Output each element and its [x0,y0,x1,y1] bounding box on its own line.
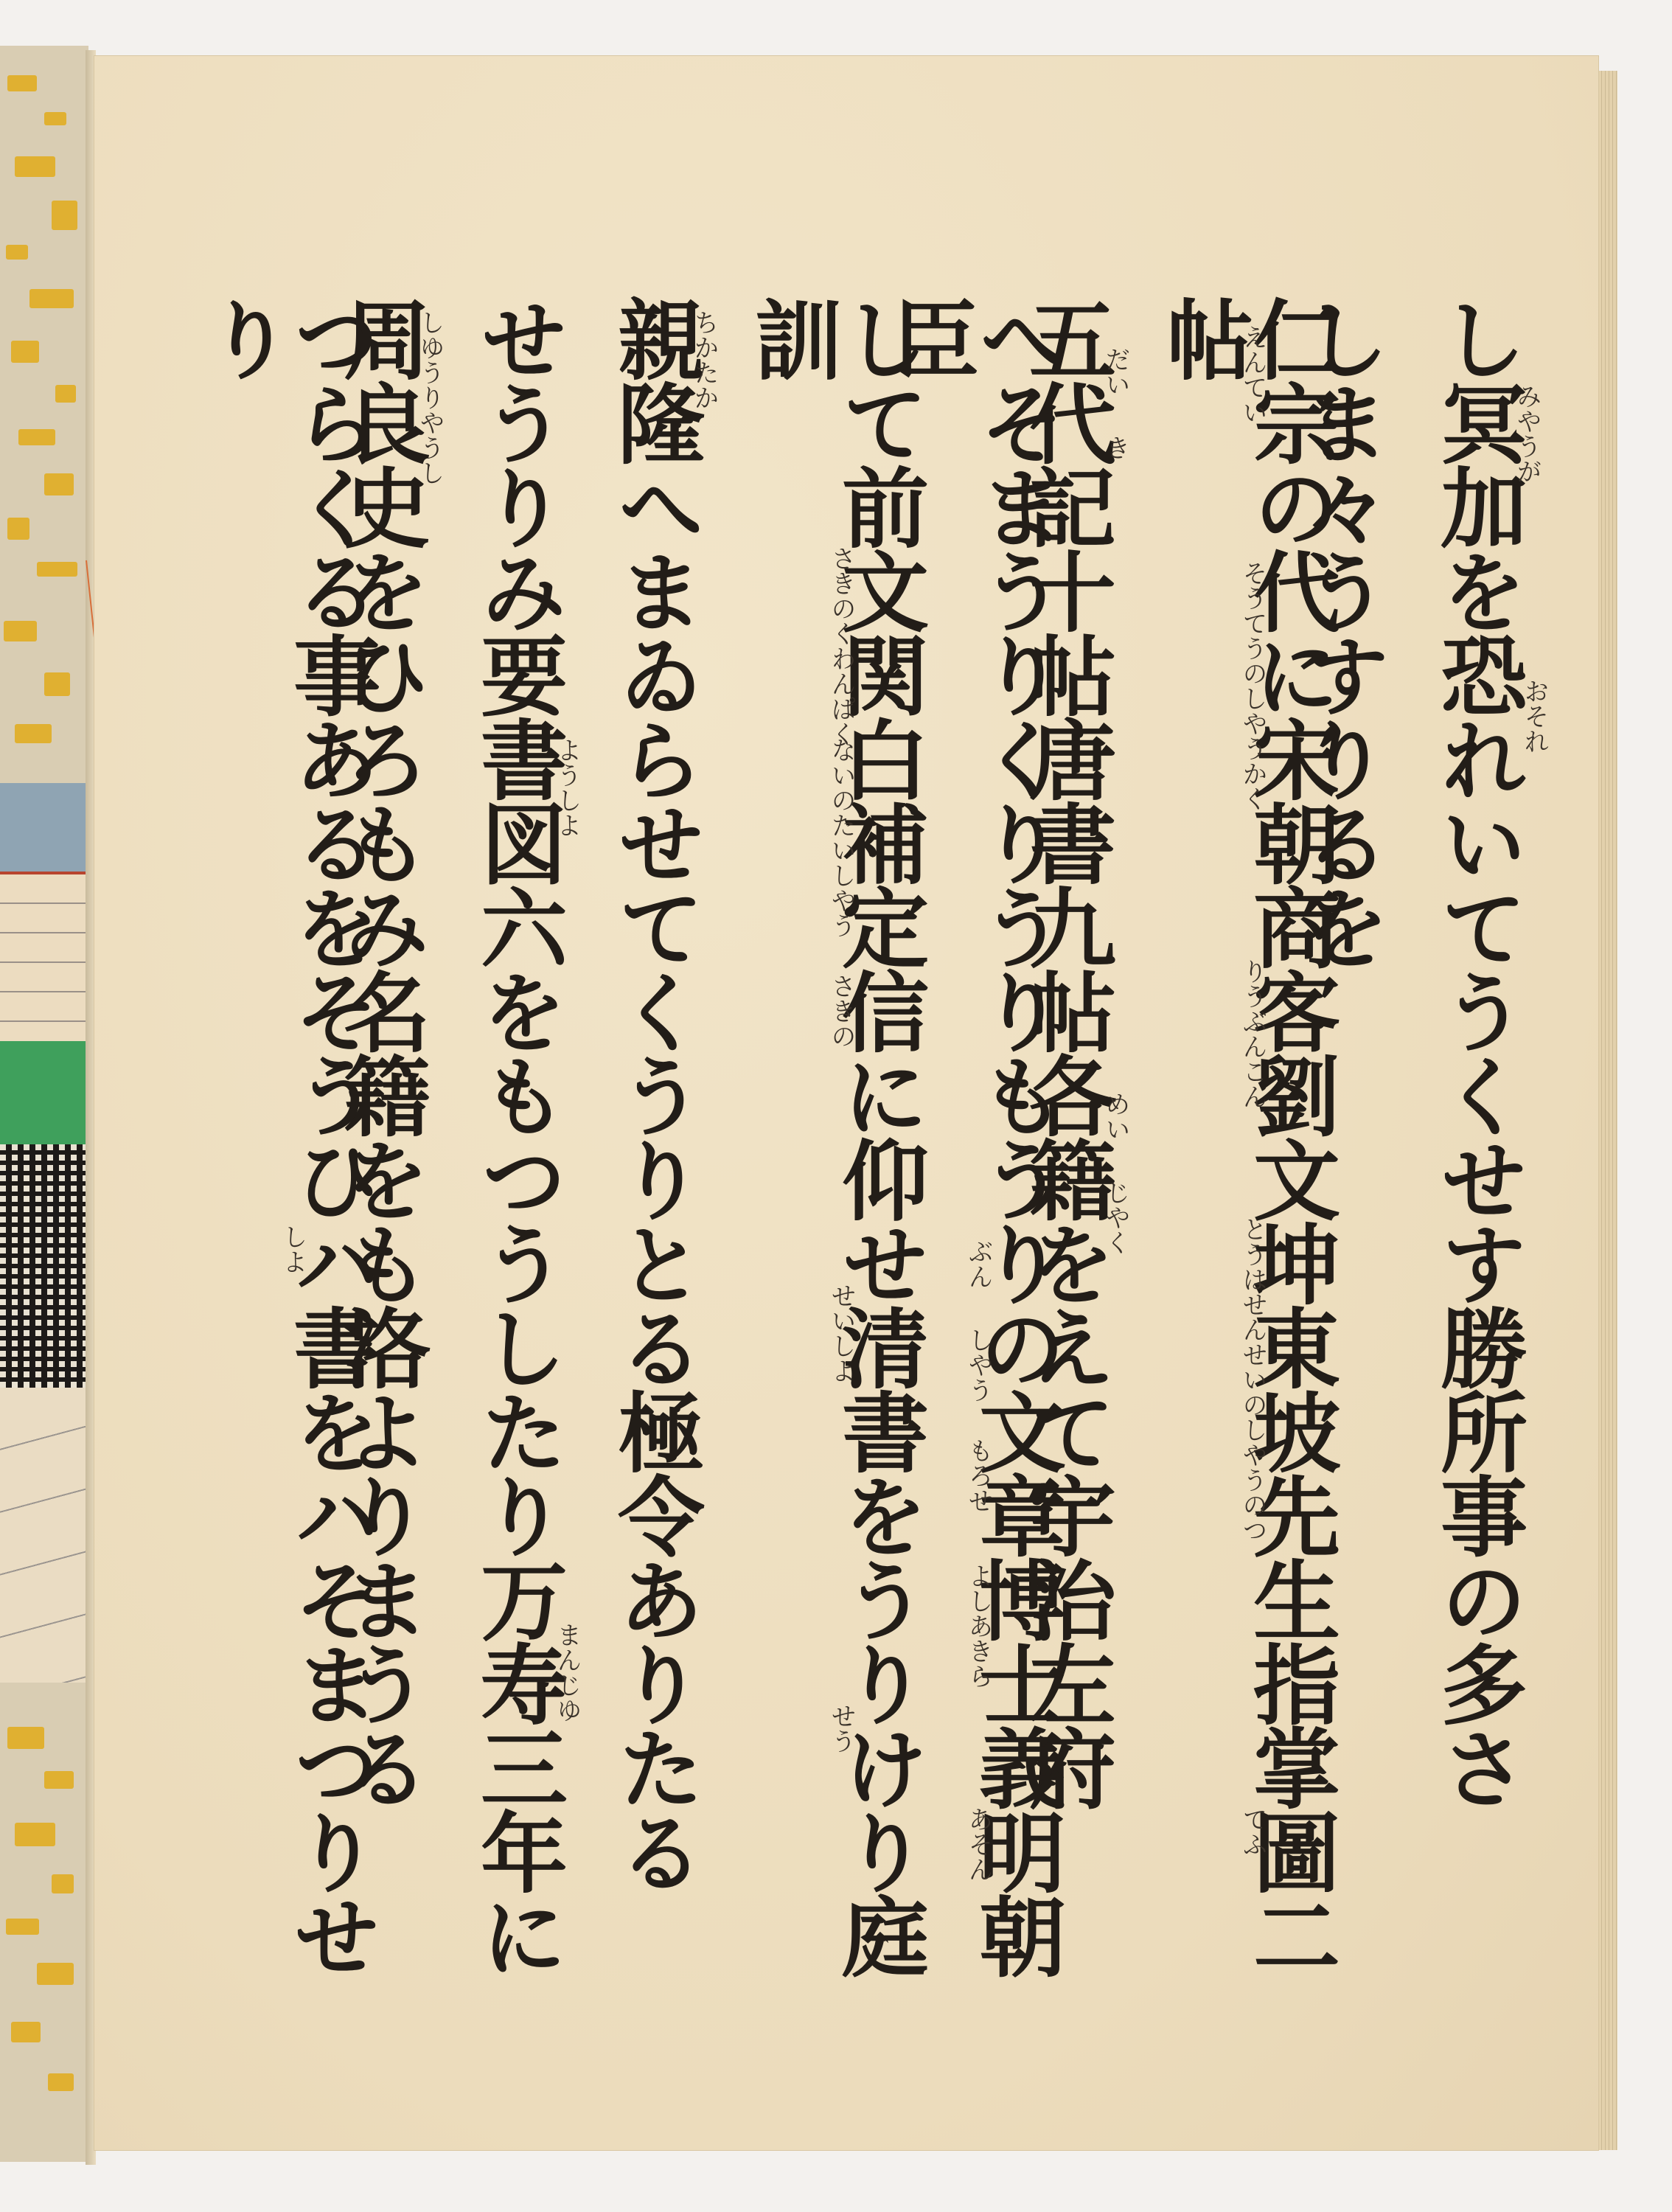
furigana: てふ [1240,1806,1265,1857]
illustration-veranda [0,1388,88,1683]
furigana: よしあきら [966,1563,991,1688]
column-text: 親隆へまゐらせてくうりとる極令ありたる [610,295,697,1892]
furigana: ないのたいしやう [829,737,854,938]
furigana: みやうが [1514,383,1539,484]
furigana: まんじゆ [554,1622,579,1722]
furigana: ぶん [966,1239,991,1289]
text-column-8: せうりみ要書図六をもつうしたり万寿三年に ようしよ まんじゆ [444,295,581,2028]
text-column-10: つらくる事あるをそうひハ書をハそまつりせり しよ [170,295,307,2028]
left-facing-cover [0,46,88,2162]
furigana: さきの [829,973,854,1048]
text-column-1: し冥加を恐れいてうくせす勝所事の多さ みやうが おそれ [1404,295,1541,2028]
furigana: あそん [966,1806,991,1882]
column-text: せうりみ要書図六をもつうしたり万寿三年に [473,295,560,1976]
furigana: めい [1103,1091,1128,1141]
calligraphy-text-block: し冥加を恐れいてうくせす勝所事の多さ みやうが おそれ しま々うすりるを 仁宗の… [170,295,1541,2028]
furigana: そうてうのしやうかく [1240,560,1265,811]
furigana: ちかたか [692,310,717,410]
furigana: えんてい [1240,324,1265,425]
column-text: つらくる事あるをそうひハ書をハそまつりせり [199,295,373,2028]
furigana: りうぶんこん [1240,959,1265,1109]
illustration-lattice-screen [0,1144,88,1388]
furigana: ようしよ [554,737,579,838]
furigana: しやう [966,1327,991,1402]
column-text: し冥加を恐れいてうくせす勝所事の多さ [1433,295,1520,1808]
text-column-6: して前文関白補定信に仰せ清書をうりけり庭訓 さきのくわんぱく ないのたいしやう … [718,295,855,2028]
text-column-7: 親隆へまゐらせてくうりとる極令ありたる ちかたか [581,295,718,2028]
furigana: せいしよ [829,1283,854,1383]
furigana: しよ [280,1224,305,1274]
furigana: だい [1103,347,1128,397]
furigana: おそれ [1522,678,1547,754]
column-text: 仁宗の代に宋朝商客劉文坤東坡先生指掌圖二帖 [1159,295,1333,2028]
furigana: さきのくわんぱく [829,546,854,746]
furigana: もろせ [966,1438,991,1513]
page-edges [1598,71,1617,2150]
illustration-green-mat [0,1041,88,1144]
text-column-3: 仁宗の代に宋朝商客劉文坤東坡先生指掌圖二帖 えんてい そうてうのしやうかく りう… [1129,295,1267,2028]
illustration-water [0,783,88,874]
furigana: じやく [1103,1180,1128,1255]
illustration-floor [0,874,88,1044]
furigana: とうはせんせいのしやうのつ [1240,1217,1265,1543]
furigana: せう [829,1703,854,1753]
furigana: き [1103,435,1128,460]
furigana: しゆうりやうし [417,310,442,485]
